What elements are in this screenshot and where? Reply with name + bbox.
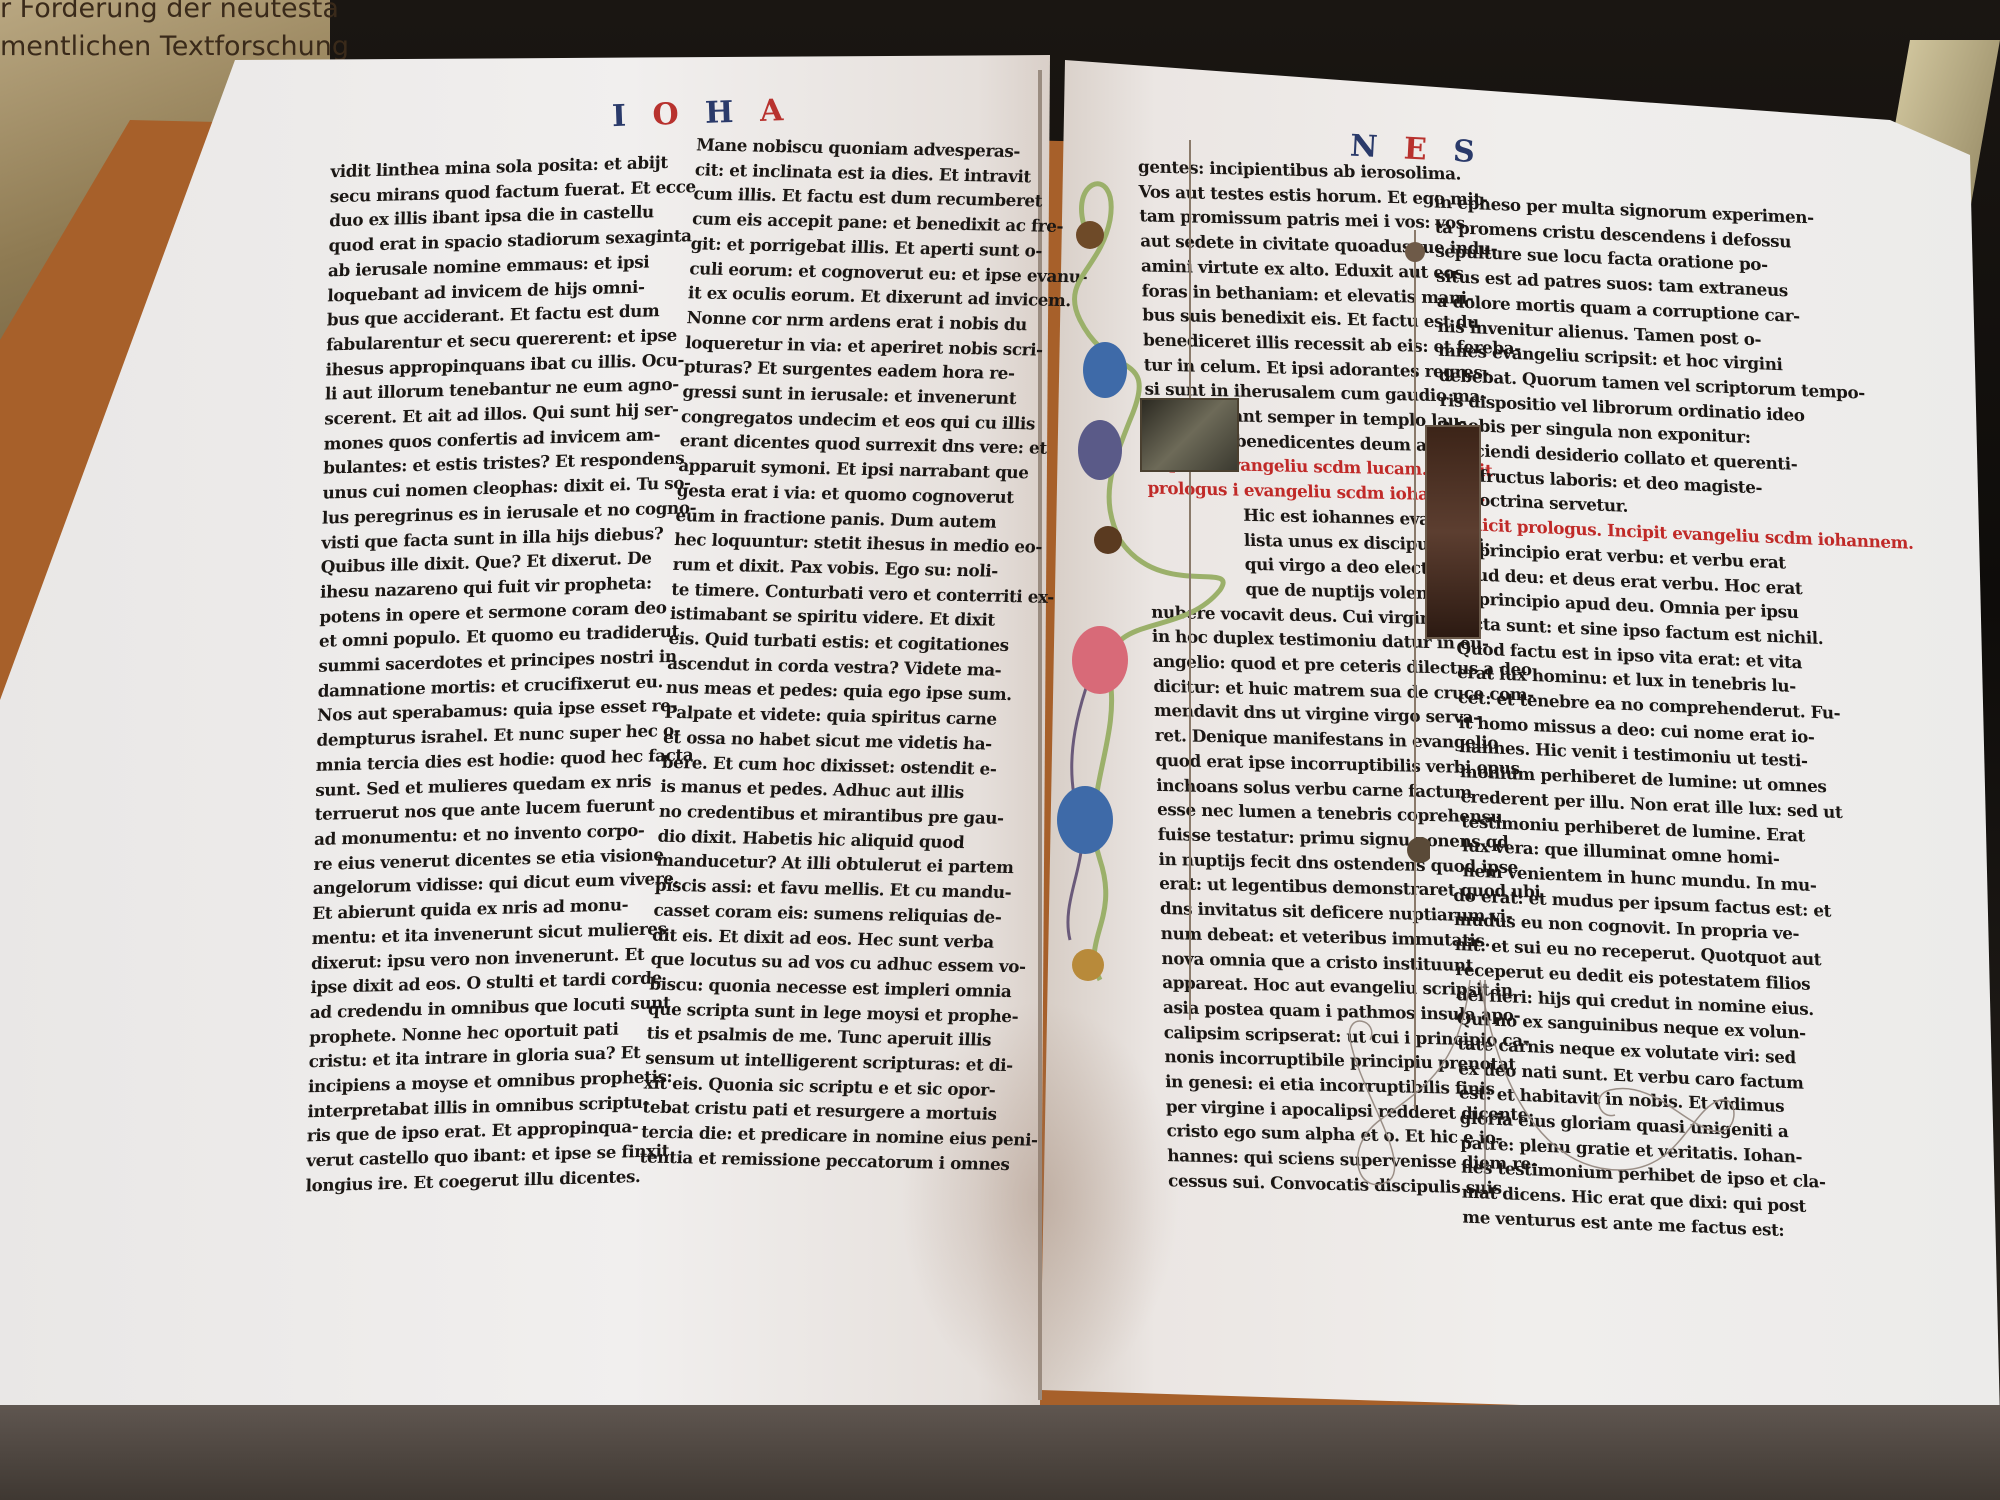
text-column-1: vidit linthea mina sola posita: et abijt… [305,150,675,1198]
running-head-left: I O H A [611,93,791,134]
floral-border-decoration-icon [1040,120,1340,1020]
text-column-2: Mane nobiscu quoniam advesperas-cit: et … [639,132,997,1175]
pen-flourish-decoration-icon [1300,980,1750,1190]
sign-text: r Förderung der neutesta mentlichen Text… [0,0,340,66]
running-head-letter: O [652,97,687,133]
running-head-letter: A [759,93,791,129]
marginal-line-decoration-icon [1400,230,1430,1110]
running-head-letter: H [704,95,742,131]
running-head-letter: I [611,98,634,134]
decorated-initial-I [1425,425,1481,639]
table-surface [0,1405,2000,1500]
sign-line-1: r Förderung der neutesta [0,0,340,28]
miniature-painting-eagle [1140,398,1239,472]
